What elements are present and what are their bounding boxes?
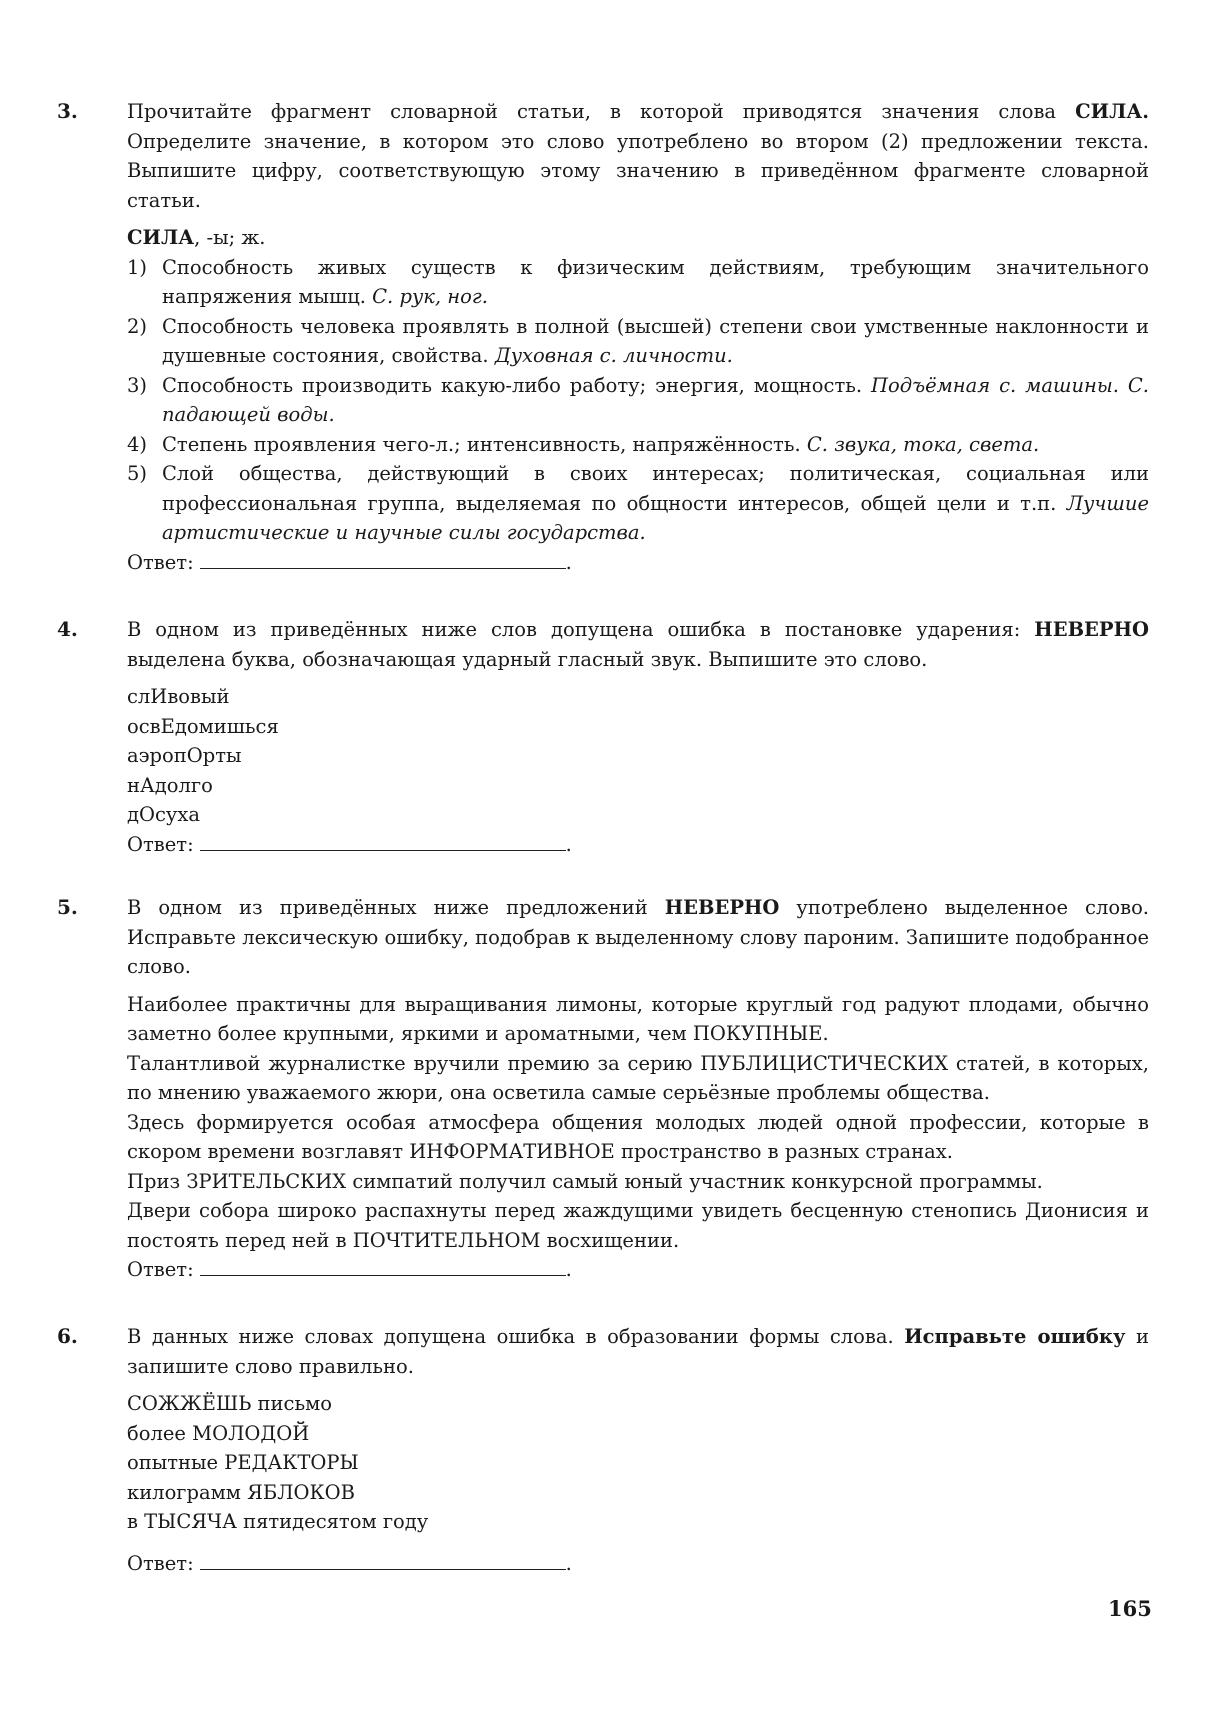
sentence-item: Наиболее практичны для выращивания лимон… xyxy=(127,990,1149,1049)
sentence-item: Двери собора широко распахнуты перед жаж… xyxy=(127,1196,1149,1255)
phrase-item: СОЖЖЁШЬ письмо xyxy=(127,1389,1149,1419)
sentence-item: Здесь формируется особая атмосфера общен… xyxy=(127,1108,1149,1167)
definition-2: 2)Способность человека проявлять в полно… xyxy=(127,312,1149,371)
entry-header: СИЛА, -ы; ж. xyxy=(127,223,1149,253)
word-item: освЕдомишься xyxy=(127,712,1149,742)
task-number: 6. xyxy=(57,1322,78,1352)
sentence-list: Наиболее практичны для выращивания лимон… xyxy=(127,990,1149,1256)
phrase-list: СОЖЖЁШЬ письмо более МОЛОДОЙ опытные РЕД… xyxy=(127,1389,1149,1537)
answer-row: Ответ:. xyxy=(127,1255,1149,1285)
task-body: Прочитайте фрагмент словарной статьи, в … xyxy=(127,97,1149,577)
sentence-item: Талантливой журналистке вручили премию з… xyxy=(127,1049,1149,1108)
task-body: В одном из приведённых ниже слов допущен… xyxy=(127,615,1149,859)
word-list: слИвовый освЕдомишься аэропОрты нАдолго … xyxy=(127,682,1149,830)
task-instruction: В данных ниже словах допущена ошибка в о… xyxy=(127,1322,1149,1381)
task-instruction: В одном из приведённых ниже слов допущен… xyxy=(127,615,1149,674)
answer-row: Ответ:. xyxy=(127,548,1149,578)
word-item: аэропОрты xyxy=(127,741,1149,771)
task-instruction: Прочитайте фрагмент словарной статьи, в … xyxy=(127,97,1149,215)
word-item: дОсуха xyxy=(127,800,1149,830)
dictionary-entry: СИЛА, -ы; ж. 1)Способность живых существ… xyxy=(127,223,1149,548)
answer-row: Ответ:. xyxy=(127,830,1149,860)
phrase-item: килограмм ЯБЛОКОВ xyxy=(127,1478,1149,1508)
word-item: слИвовый xyxy=(127,682,1149,712)
definition-3: 3)Способность производить какую-либо раб… xyxy=(127,371,1149,430)
answer-row: Ответ:. xyxy=(127,1549,1149,1579)
answer-field[interactable] xyxy=(200,830,566,851)
definition-5: 5)Слой общества, действующий в своих инт… xyxy=(127,459,1149,548)
task-number: 5. xyxy=(57,893,78,923)
answer-field[interactable] xyxy=(200,548,566,569)
page-number: 165 xyxy=(1108,1594,1152,1624)
phrase-item: в ТЫСЯЧА пятидесятом году xyxy=(127,1507,1149,1537)
phrase-item: опытные РЕДАКТОРЫ xyxy=(127,1448,1149,1478)
task-number: 4. xyxy=(57,615,78,645)
answer-field[interactable] xyxy=(200,1255,566,1276)
task-body: В одном из приведённых ниже предложений … xyxy=(127,893,1149,1285)
task-body: В данных ниже словах допущена ошибка в о… xyxy=(127,1322,1149,1578)
phrase-item: более МОЛОДОЙ xyxy=(127,1419,1149,1449)
sentence-item: Приз ЗРИТЕЛЬСКИХ симпатий получил самый … xyxy=(127,1167,1149,1197)
definition-4: 4)Степень проявления чего-л.; интенсивно… xyxy=(127,430,1149,460)
task-instruction: В одном из приведённых ниже предложений … xyxy=(127,893,1149,982)
word-item: нАдолго xyxy=(127,771,1149,801)
answer-field[interactable] xyxy=(200,1549,566,1570)
task-number: 3. xyxy=(57,97,78,127)
definition-1: 1)Способность живых существ к физическим… xyxy=(127,253,1149,312)
